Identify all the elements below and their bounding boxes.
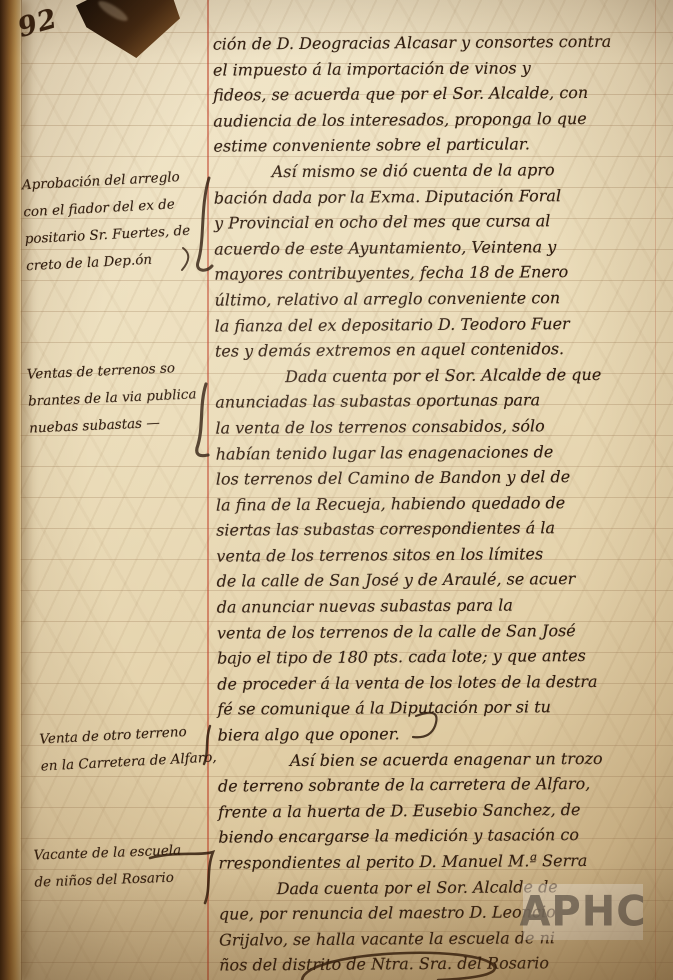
text-line: da anunciar nuevas subastas para la (217, 591, 667, 620)
main-text-column: ción de D. Deogracias Alcasar y consorte… (213, 28, 670, 978)
margin-note-vacante-escuela: Vacante de la escuelade niños del Rosari… (33, 837, 182, 896)
page-edge-line (21, 0, 22, 980)
red-margin-line (207, 0, 209, 980)
text-line: siertas las subastas correspondientes á … (216, 515, 666, 544)
book-spine-edge (0, 0, 22, 980)
text-line: fideos, se acuerda que por el Sor. Alcal… (213, 80, 663, 109)
margin-note-ventas-terrenos: Ventas de terrenos sobrantes de la via p… (26, 354, 198, 442)
watermark-text: APHC (519, 888, 646, 936)
text-line: de proceder á la venta de los lotes de l… (217, 668, 667, 697)
text-line: mayores contribuyentes, fecha 18 de Ener… (214, 259, 664, 288)
text-line: frente a la huerta de D. Eusebio Sanchez… (218, 796, 668, 825)
manuscript-photo: 92 Aprobación del arreglocon el fiador d… (0, 0, 673, 980)
margin-note-venta-otro-terreno: Venta de otro terrenoen la Carretera de … (39, 717, 218, 780)
text-line: los terrenos del Camino de Bandon y del … (216, 464, 666, 493)
text-line: biera algo que oponer. (218, 719, 668, 748)
text-line: bajo el tipo de 180 pts. cada lote; y qu… (217, 643, 667, 672)
text-line: audiencia de los interesados, proponga l… (213, 105, 663, 134)
text-line: ños del distrito de Ntra. Sra. del Rosar… (219, 950, 669, 979)
text-line: y Provincial en ocho del mes que cursa a… (214, 208, 664, 237)
text-line: ción de D. Deogracias Alcasar y consorte… (213, 28, 663, 57)
text-line: Así mismo se dió cuenta de la apro (214, 156, 664, 185)
text-line: acuerdo de este Ayuntamiento, Veintena y (214, 233, 664, 262)
text-line: habían tenido lugar las enagenaciones de (216, 438, 666, 467)
text-line: tes y demás extremos en aquel contenidos… (215, 336, 665, 365)
text-line: la venta de los terrenos consabidos, sól… (215, 412, 665, 441)
text-line: Dada cuenta por el Sor. Alcalde de que (215, 361, 665, 390)
text-line: fé se comunique á la Diputación por si t… (217, 694, 667, 723)
text-line: de niños del Rosario (34, 864, 183, 896)
text-line: estime conveniente sobre el particular. (213, 131, 663, 160)
text-line: último, relativo al arreglo conveniente … (214, 284, 664, 313)
text-line: Así bien se acuerda enagenar un trozo (218, 745, 668, 774)
text-line: de la calle de San José y de Araulé, se … (216, 566, 666, 595)
text-line: biendo encargarse la medición y tasación… (218, 822, 668, 851)
text-line: venta de los terrenos sitos en los límit… (216, 540, 666, 569)
text-line: anunciadas las subastas oportunas para (215, 387, 665, 416)
text-line: bación dada por la Exma. Diputación Fora… (214, 182, 664, 211)
text-line: el impuesto á la importación de vinos y (213, 54, 663, 83)
text-line: la fianza del ex depositario D. Teodoro … (215, 310, 665, 339)
text-line: rrespondientes al perito D. Manuel M.ª S… (218, 847, 668, 876)
text-line: la fina de la Recueja, habiendo quedado … (216, 489, 666, 518)
archive-watermark: APHC (523, 884, 643, 940)
text-line: de terreno sobrante de la carretera de A… (218, 771, 668, 800)
text-line: venta de los terrenos de la calle de San… (217, 617, 667, 646)
margin-note-arreglo-fiador: Aprobación del arreglocon el fiador del … (21, 164, 192, 281)
